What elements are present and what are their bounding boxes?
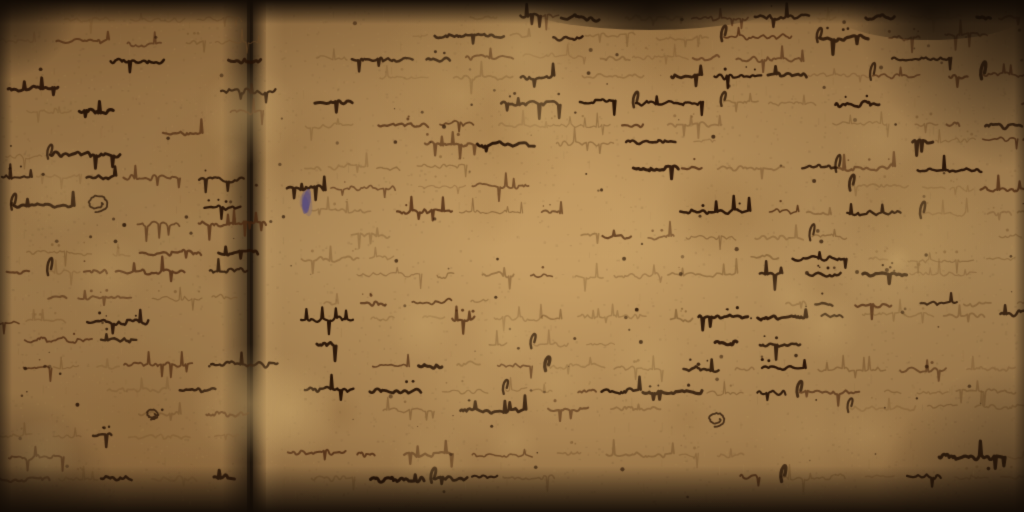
manuscript-photo: Photograph of an aged parchment manuscri… [0, 0, 1024, 512]
manuscript-canvas [0, 0, 1024, 512]
